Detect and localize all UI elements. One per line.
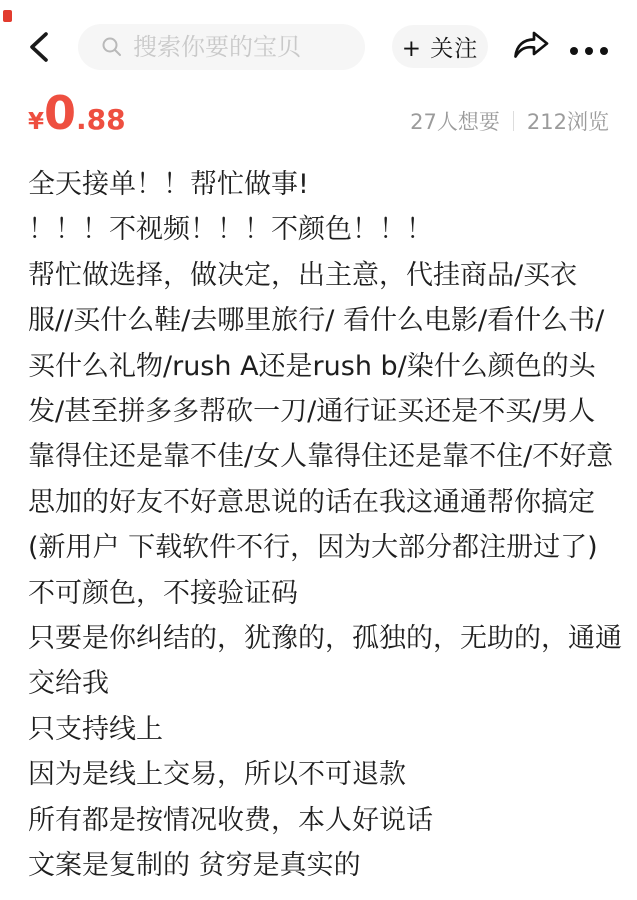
listing-stats: 27人想要 212浏览 [410,106,609,136]
recording-indicator-icon [3,10,12,22]
price-row: ¥0.88 27人想要 212浏览 [28,98,609,138]
item-description: 全天接单！！帮忙做事! ！！！不视频！！！不颜色！！！ 帮忙做选择，做决定，出主… [28,162,623,889]
price-integer: 0 [44,94,76,132]
description-line: 交给我 [28,661,623,706]
search-input[interactable] [133,33,343,61]
description-line: (新用户 下载软件不行，因为大部分都注册过了) [28,525,623,570]
description-line: 所有都是按情况收费，本人好说话 [28,798,623,843]
price-decimal: .88 [76,103,126,136]
more-button[interactable] [569,42,611,54]
description-line: 发/甚至拼多多帮砍一刀/通行证买还是不买/男人 [28,389,623,434]
share-button[interactable] [512,30,550,64]
more-dots-icon [569,45,611,57]
description-line: 只要是你纠结的，犹豫的，孤独的，无助的，通通 [28,616,623,661]
back-button[interactable] [27,31,53,63]
description-line: 全天接单！！帮忙做事! [28,162,623,207]
view-count: 212浏览 [527,106,609,136]
description-line: 思加的好友不好意思说的话在我这通通帮你搞定 [28,480,623,525]
description-line: 服//买什么鞋/去哪里旅行/ 看什么电影/看什么书/ [28,298,623,343]
description-line: 买什么礼物/rush A还是rush b/染什么颜色的头 [28,344,623,389]
description-line: 不可颜色，不接验证码 [28,571,623,616]
price: ¥0.88 [28,94,126,136]
price-currency: ¥ [28,109,44,135]
description-line: 只支持线上 [28,707,623,752]
description-line: ！！！不视频！！！不颜色！！！ [28,207,623,252]
want-count: 27人想要 [410,106,500,136]
search-bar[interactable] [78,24,365,70]
description-line: 文案是复制的 贫穷是真实的 [28,843,623,888]
description-line: 靠得住还是靠不佳/女人靠得住还是靠不住/不好意 [28,434,623,479]
share-icon [512,30,550,64]
search-icon [101,36,123,58]
description-line: 因为是线上交易，所以不可退款 [28,752,623,797]
description-line: 帮忙做选择，做决定，出主意，代挂商品/买衣 [28,253,623,298]
follow-button[interactable]: + 关注 [392,25,488,68]
chevron-left-icon [27,31,53,63]
top-navbar: + 关注 [0,0,637,92]
stats-divider [513,111,514,131]
